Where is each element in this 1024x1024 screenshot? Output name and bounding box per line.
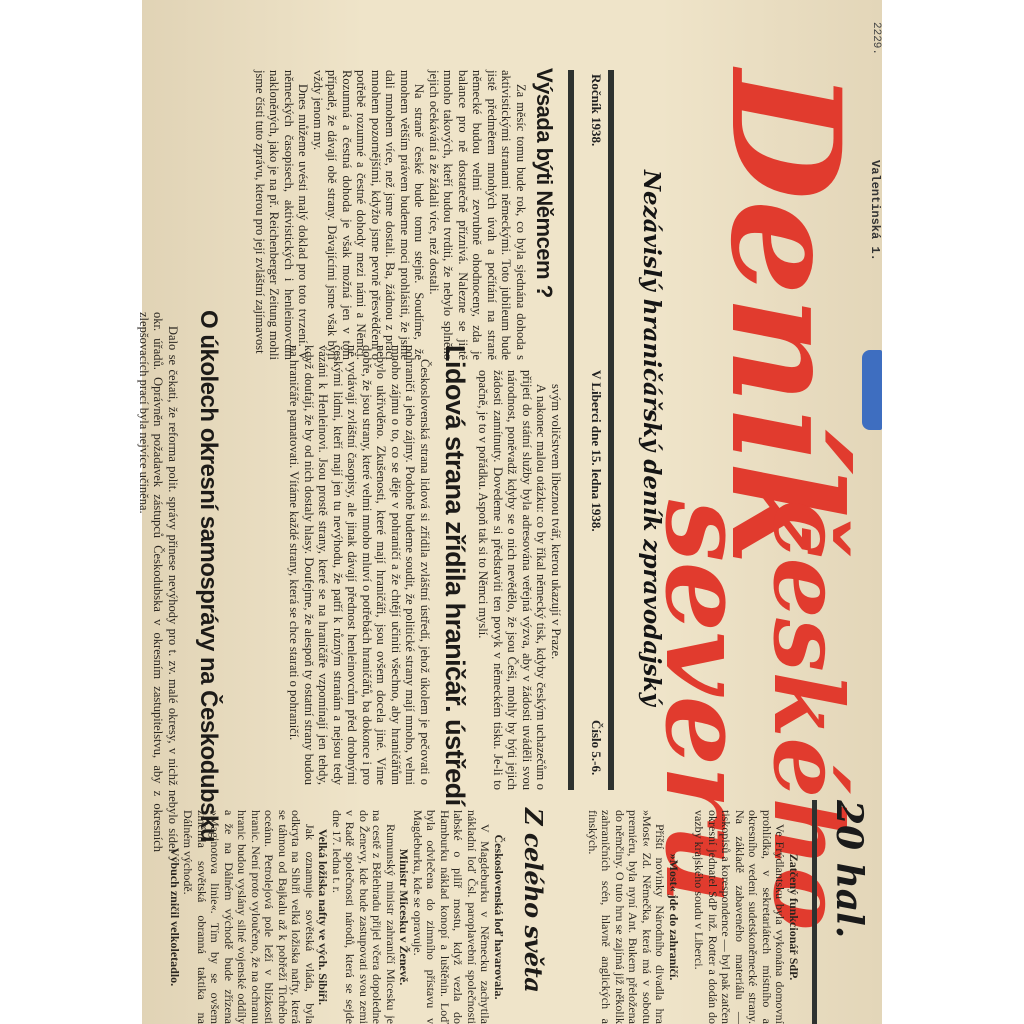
article-zatceny: Zatčený funkcionář SdP. Ve Frýdlantsku b… bbox=[685, 810, 800, 1024]
price-rule bbox=[812, 800, 817, 1024]
blue-stamp bbox=[862, 350, 882, 430]
lidova-paragraph-2: A nakonec malou otázku: co by říkal něme… bbox=[476, 370, 549, 790]
vysada-paragraph-2: Na straně české bude tomu stejně. Soudím… bbox=[311, 70, 427, 360]
world-item-3-title: Velká ložiska nafty ve vých. Sibiři. bbox=[316, 810, 330, 1024]
corner-note: 2229. bbox=[870, 22, 882, 55]
article-okresni-body: Dalo se čekati, že reforma polit. správy… bbox=[140, 312, 180, 852]
world-item-3-text: Jak oznamuje sovětská vláda, byla odkryt… bbox=[181, 810, 316, 1024]
masthead-rule-right bbox=[568, 70, 574, 790]
zatceny-title: Zatčený funkcionář SdP. bbox=[787, 810, 801, 1024]
world-item-2-title: Ministr Micesku v Ženevě. bbox=[397, 810, 411, 1024]
volume-label: Ročník 1938. bbox=[588, 74, 604, 146]
vysada-paragraph-1: Za měsíc tomu bude rok, co byla sjednána… bbox=[427, 70, 529, 360]
world-item-1-title: Československá loď havarovala. bbox=[492, 810, 506, 1024]
world-item-4-title: Výbuch zničil velkoletadlo. bbox=[168, 810, 182, 1024]
place-date: V Liberci dne 15. ledna 1938. bbox=[588, 370, 604, 532]
article-lidova-top: svým voličstvem líbeznou tvář, kterou uk… bbox=[473, 370, 563, 790]
article-world-news: Československá loď havarovala. V Magdebu… bbox=[145, 810, 505, 1024]
zatceny-text: Ve Frýdlantsku byla vykonána domovní pro… bbox=[692, 810, 787, 1024]
world-item-2-text: Rumunský ministr zahraničí Micesku je na… bbox=[330, 810, 398, 1024]
most-text: Příští novinky Národního divadla hra »Mo… bbox=[586, 810, 667, 1024]
lidova-paragraph-3: Československá strana lidová si zřídila … bbox=[287, 345, 432, 785]
address-strip: Valentinská 1. bbox=[868, 160, 882, 261]
okresni-paragraph-1: Dalo se čekati, že reforma polit. správy… bbox=[137, 312, 181, 852]
lidova-paragraph-1: svým voličstvem líbeznou tvář, kterou uk… bbox=[549, 370, 564, 790]
most-title: »Most« jde do zahraničí. bbox=[667, 810, 681, 1024]
vysada-paragraph-3: Dnes můžeme uvésti malý doklad pro toto … bbox=[253, 70, 311, 360]
headline-okresni: O úkolech okresní samosprávy na Českodub… bbox=[194, 310, 222, 842]
article-lidova-body: Československá strana lidová si zřídila … bbox=[232, 345, 432, 785]
masthead-rule-left bbox=[608, 70, 614, 790]
masthead-subtitle: Nezávislý hraničářský deník zpravodajský bbox=[638, 170, 665, 706]
headline-vysada: Výsada býti Němcem ? bbox=[531, 68, 557, 298]
issue-number: Číslo 5.-6. bbox=[588, 720, 604, 775]
article-most: »Most« jde do zahraničí. Příští novinky … bbox=[590, 810, 680, 1024]
headline-lidova: Lidová strana zřídila hraničář. ústředí bbox=[439, 345, 470, 806]
world-item-1-text: V Magdeburku v Německu zachytila nákladn… bbox=[411, 810, 492, 1024]
masthead-title-line1: Deník bbox=[710, 70, 860, 565]
headline-z-celeho-sveta: Z celého světa bbox=[519, 808, 548, 992]
price-label: 20 hal. bbox=[828, 800, 870, 938]
